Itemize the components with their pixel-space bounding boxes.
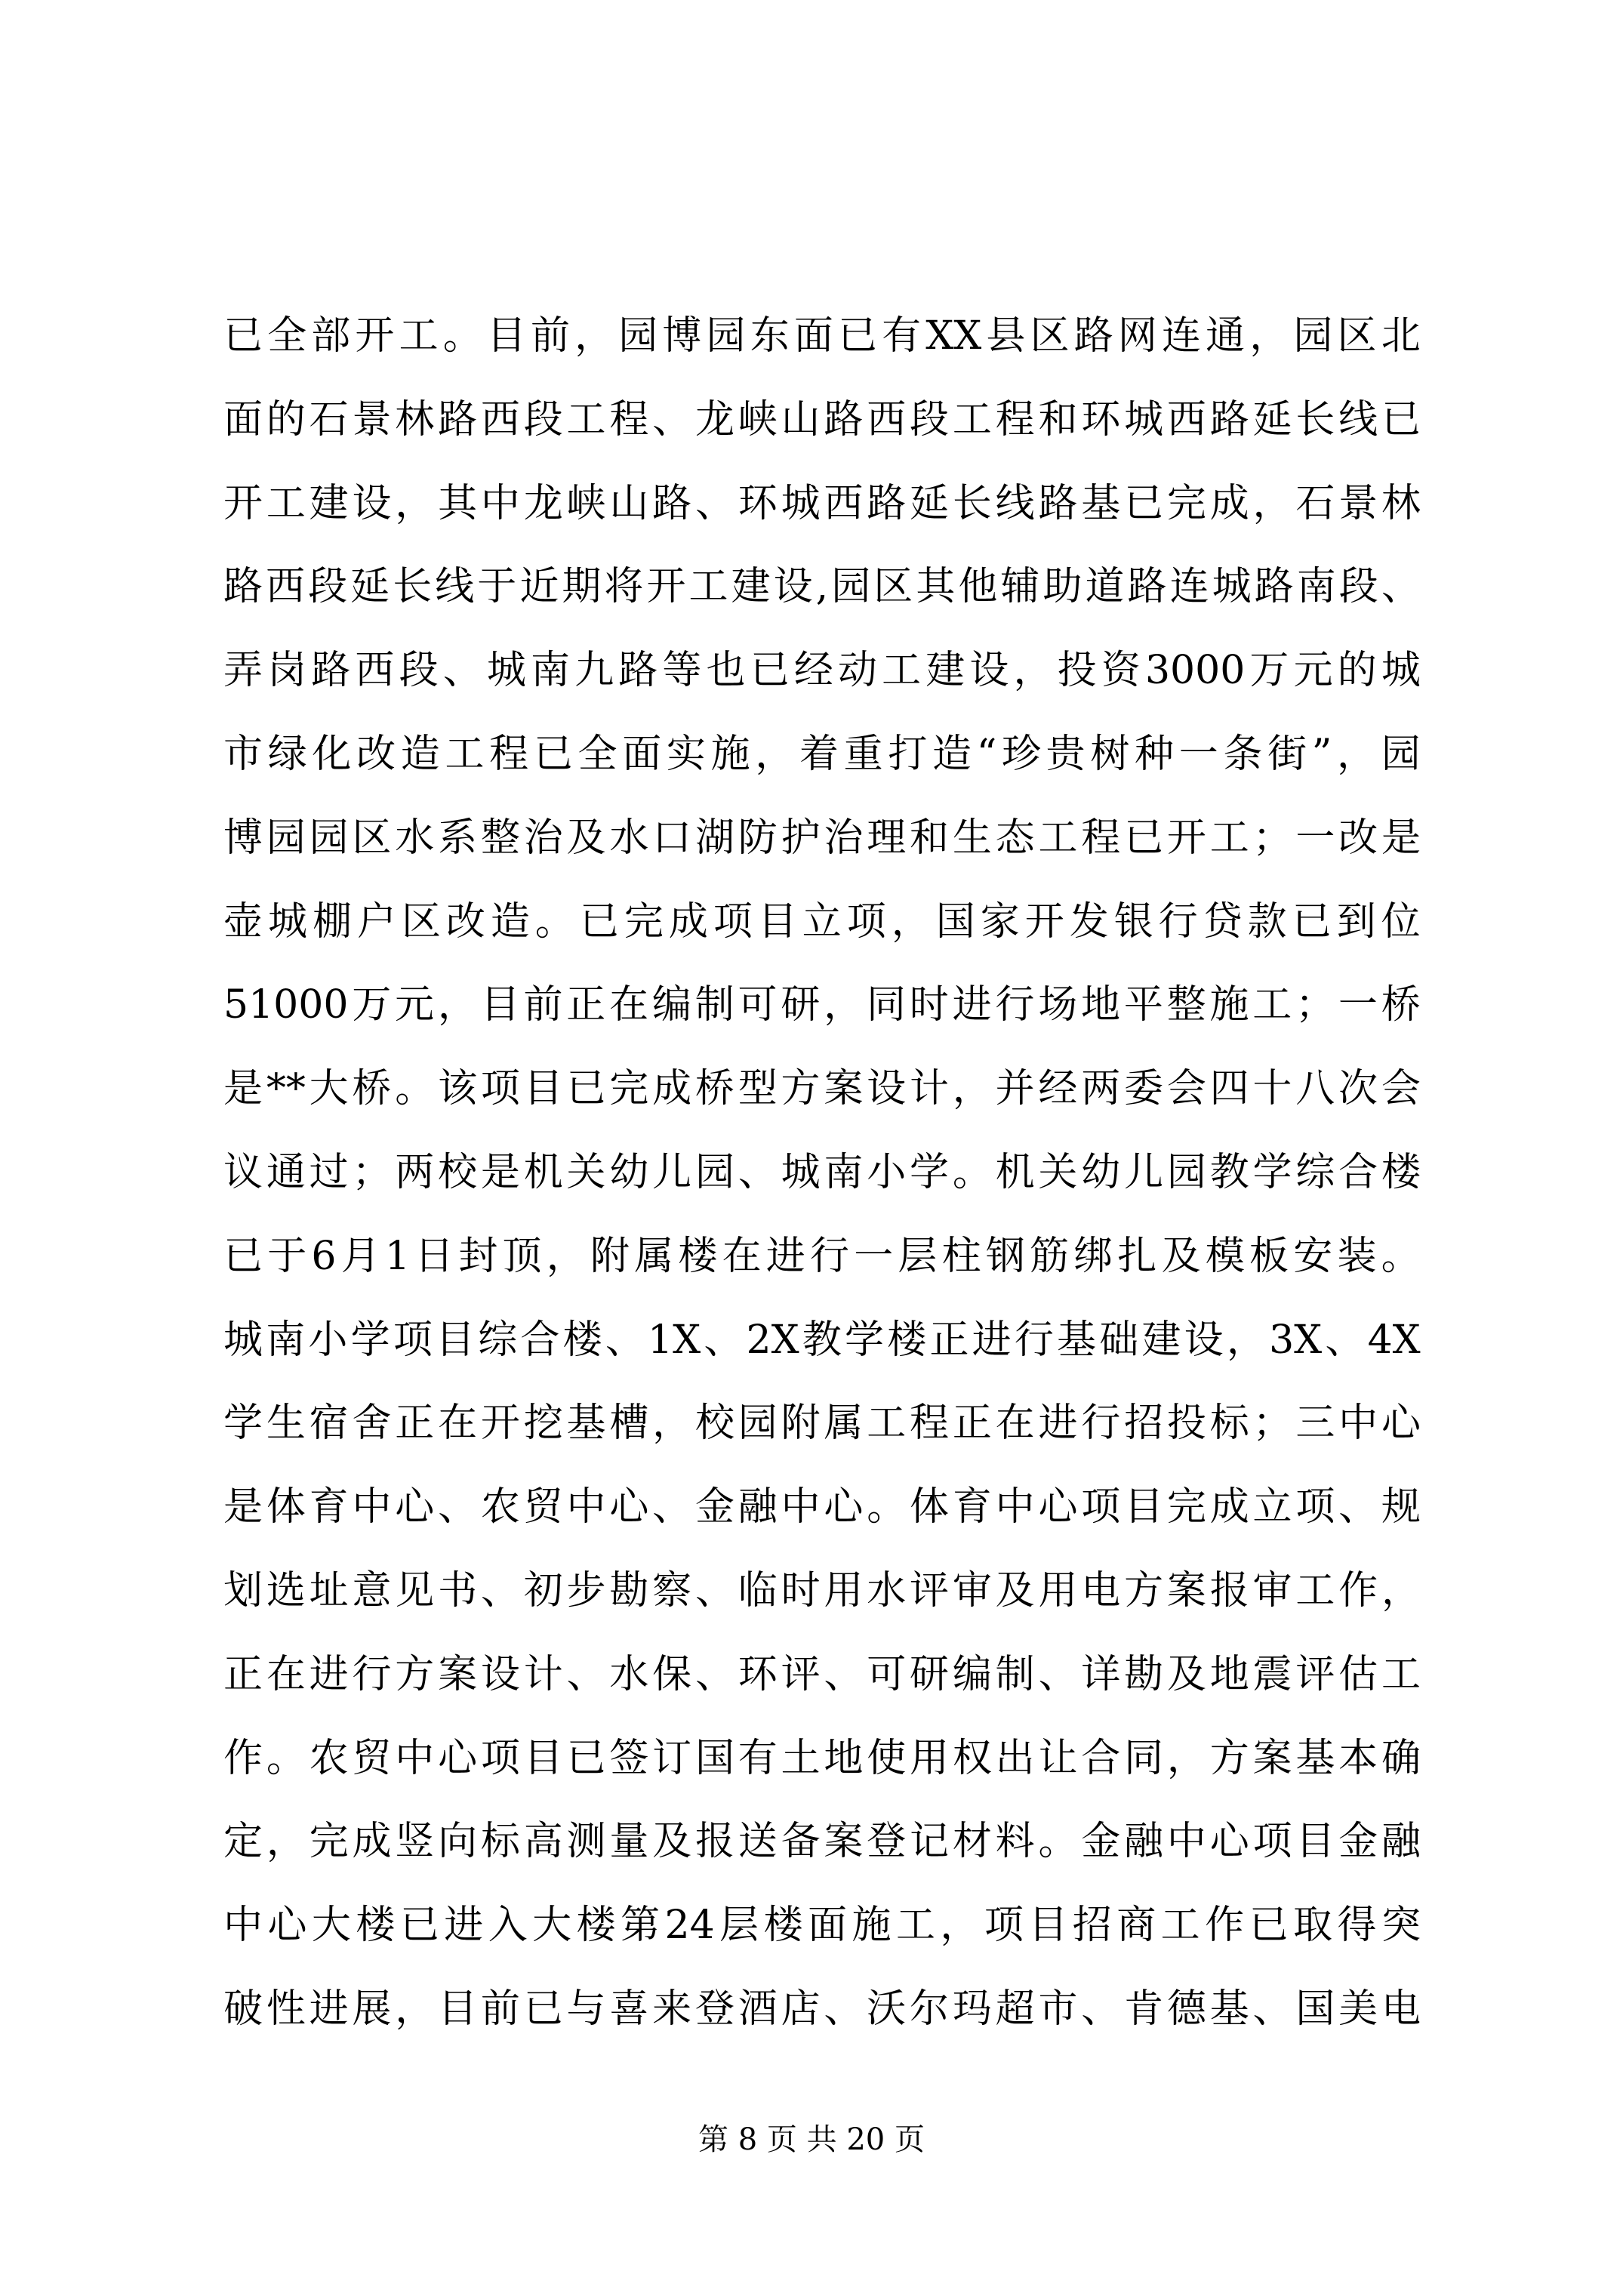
text-line: 市绿化改造工程已全面实施，着重打造“珍贵树种一条街”，园 — [223, 724, 1421, 808]
text-line: 开工建设，其中龙峡山路、环城西路延长线路基已完成，石景林 — [223, 473, 1421, 557]
text-line: 51000万元，目前正在编制可研，同时进行场地平整施工；一桥 — [223, 975, 1421, 1059]
document-page: 已全部开工。目前，园博园东面已有XX县区路网连通，园区北 面的石景林路西段工程、… — [0, 0, 1623, 2296]
text-line: 路西段延长线于近期将开工建设,园区其他辅助道路连城路南段、 — [223, 556, 1421, 640]
text-line: 定，完成竖向标高测量及报送备案登记材料。金融中心项目金融 — [223, 1811, 1421, 1895]
text-line: 中心大楼已进入大楼第24层楼面施工，项目招商工作已取得突 — [223, 1895, 1421, 1979]
text-line: 城南小学项目综合楼、1X、2X教学楼正进行基础建设，3X、4X — [223, 1310, 1421, 1394]
text-line: 是体育中心、农贸中心、金融中心。体育中心项目完成立项、规 — [223, 1477, 1421, 1561]
text-line: 已全部开工。目前，园博园东面已有XX县区路网连通，园区北 — [223, 306, 1421, 390]
text-line: 破性进展，目前已与喜来登酒店、沃尔玛超市、肯德基、国美电 — [223, 1979, 1421, 2063]
text-line: 议通过；两校是机关幼儿园、城南小学。机关幼儿园教学综合楼 — [223, 1142, 1421, 1226]
text-line: 已于6月1日封顶，附属楼在进行一层柱钢筋绑扎及模板安装。 — [223, 1226, 1421, 1310]
text-line: 作。农贸中心项目已签订国有土地使用权出让合同，方案基本确 — [223, 1728, 1421, 1812]
text-line: 正在进行方案设计、水保、环评、可研编制、详勘及地震评估工 — [223, 1644, 1421, 1728]
text-line: 面的石景林路西段工程、龙峡山路西段工程和环城西路延长线已 — [223, 390, 1421, 473]
text-line: 壶城棚户区改造。已完成项目立项，国家开发银行贷款已到位 — [223, 892, 1421, 975]
text-line: 是**大桥。该项目已完成桥型方案设计，并经两委会四十八次会 — [223, 1059, 1421, 1142]
page-number-footer: 第 8 页 共 20 页 — [0, 2119, 1623, 2161]
body-text: 已全部开工。目前，园博园东面已有XX县区路网连通，园区北 面的石景林路西段工程、… — [223, 306, 1421, 2063]
text-line: 学生宿舍正在开挖基槽，校园附属工程正在进行招投标；三中心 — [223, 1393, 1421, 1477]
text-line: 划选址意见书、初步勘察、临时用水评审及用电方案报审工作， — [223, 1561, 1421, 1644]
text-line: 弄岗路西段、城南九路等也已经动工建设，投资3000万元的城 — [223, 640, 1421, 724]
text-line: 博园园区水系整治及水口湖防护治理和生态工程已开工；一改是 — [223, 808, 1421, 892]
